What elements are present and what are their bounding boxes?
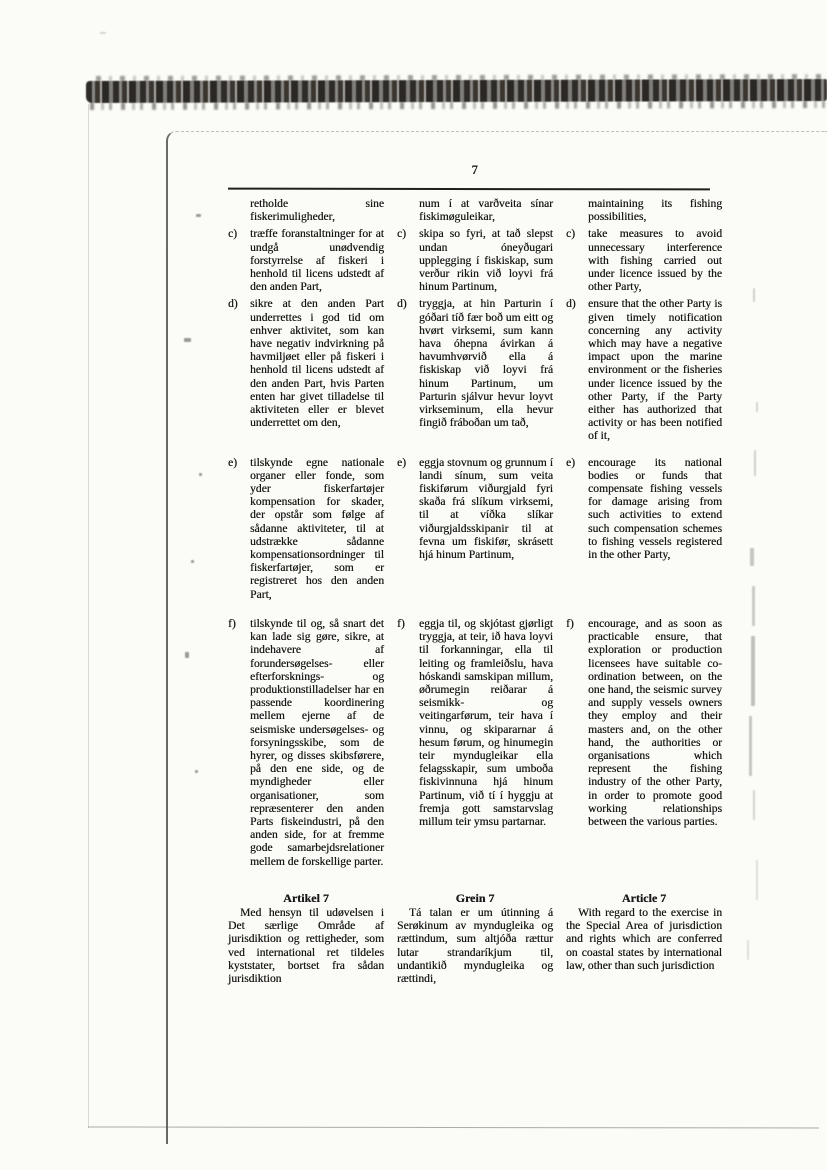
scan-streak — [756, 860, 758, 900]
scan-streak — [749, 716, 752, 776]
treaty-item-english: c)take measures to avoid unnecessary int… — [566, 227, 722, 293]
table-row: e)tilskynde egne nationale organer eller… — [228, 456, 722, 601]
item-text: maintaining its fishing possibilities, — [588, 197, 722, 223]
scan-streak — [753, 288, 755, 302]
article-faroese: Grein 7 Tá talan er um útinning á Serøki… — [397, 892, 553, 985]
scan-streak — [756, 402, 758, 412]
noise-speck — [184, 338, 191, 342]
item-label: d) — [397, 297, 419, 310]
item-text: tilskynde egne nationale organer eller f… — [250, 456, 384, 601]
item-text: tilskynde til og, så snart det kan lade … — [250, 617, 384, 868]
item-label: f) — [228, 617, 250, 630]
scan-streak — [751, 636, 755, 706]
treaty-item-danish: f)tilskynde til og, så snart det kan lad… — [228, 617, 384, 868]
treaty-item-faroese: d)tryggja, at hin Parturin í góðari tíð … — [397, 297, 553, 442]
treaty-item-english: e)encourage its national bodies or funds… — [566, 456, 722, 601]
noise-speck — [185, 652, 189, 658]
scan-streak — [753, 790, 755, 820]
item-label: c) — [397, 227, 419, 240]
item-label: c) — [566, 227, 588, 240]
treaty-item-english: f)encourage, and as soon as practicable … — [566, 617, 722, 868]
treaty-item-danish: d)sikre at den anden Part underrettes i … — [228, 297, 384, 442]
item-text: encourage, and as soon as practicable en… — [588, 617, 722, 828]
item-text: eggja til, og skjótast gjørligt tryggja,… — [419, 617, 553, 828]
treaty-item-faroese: num í at varðveita sínar fiskimøguleikar… — [397, 197, 553, 223]
item-text: sikre at den anden Part underrettes i go… — [250, 297, 384, 429]
scan-left-edge — [88, 104, 89, 1128]
table-row: d)sikre at den anden Part underrettes i … — [228, 297, 722, 442]
item-text: eggja stovnum og grunnum í landi sínum, … — [419, 456, 553, 561]
treaty-item-english: maintaining its fishing possibilities, — [566, 197, 722, 223]
article-heading: Article 7 — [566, 892, 722, 905]
item-label: d) — [228, 297, 250, 310]
noise-speck — [196, 214, 201, 217]
treaty-item-danish: e)tilskynde egne nationale organer eller… — [228, 456, 384, 601]
item-text: skipa so fyri, at tað slepst undan óneyð… — [419, 227, 553, 293]
article-heading: Grein 7 — [397, 892, 553, 905]
item-label: e) — [228, 456, 250, 469]
scan-streak — [752, 586, 755, 626]
item-text: take measures to avoid unnecessary inter… — [588, 227, 722, 293]
item-text: træffe foranstaltninger for at undgå unø… — [250, 227, 384, 293]
treaty-item-danish: c)træffe foranstaltninger for at undgå u… — [228, 227, 384, 293]
article-heading: Artikel 7 — [228, 892, 384, 905]
treaty-item-danish: retholde sine fiskerimuligheder, — [228, 197, 384, 223]
treaty-table: retholde sine fiskerimuligheder, num í a… — [228, 197, 722, 985]
scan-bottom-line — [88, 1126, 819, 1128]
item-label: c) — [228, 227, 250, 240]
treaty-item-faroese: c)skipa so fyri, at tað slepst undan óne… — [397, 227, 553, 293]
scan-streak — [750, 548, 754, 566]
noise-speck — [199, 473, 202, 476]
scan-streak — [747, 940, 749, 960]
noise-speck — [195, 770, 198, 773]
noise-speck — [100, 32, 106, 34]
header-rule — [228, 188, 710, 191]
item-label: e) — [397, 456, 419, 469]
table-row: c)træffe foranstaltninger for at undgå u… — [228, 227, 722, 293]
article-paragraph: With regard to the exercise in the Speci… — [566, 906, 722, 972]
page-number: 7 — [228, 162, 722, 178]
item-text: tryggja, at hin Parturin í góðari tíð fæ… — [419, 297, 553, 429]
article-paragraph: Tá talan er um útinning á Serøkinum av m… — [397, 906, 553, 985]
scan-streak — [754, 450, 756, 476]
scan-grunge-band — [86, 79, 827, 103]
item-label: d) — [566, 297, 588, 310]
article-english: Article 7 With regard to the exercise in… — [566, 892, 722, 985]
table-row: f)tilskynde til og, så snart det kan lad… — [228, 617, 722, 868]
item-text: retholde sine fiskerimuligheder, — [250, 197, 384, 223]
item-label: f) — [566, 617, 588, 630]
treaty-item-faroese: e)eggja stovnum og grunnum í landi sínum… — [397, 456, 553, 601]
scanned-treaty-page: 7 retholde sine fiskerimuligheder, num í… — [0, 0, 827, 1170]
table-row: retholde sine fiskerimuligheder, num í a… — [228, 197, 722, 223]
item-label: f) — [397, 617, 419, 630]
article-paragraph: Med hensyn til udøvelsen i Det særlige O… — [228, 906, 384, 985]
item-text: ensure that the other Party is given tim… — [588, 297, 722, 442]
item-text: num í at varðveita sínar fiskimøguleikar… — [419, 197, 553, 223]
treaty-item-faroese: f)eggja til, og skjótast gjørligt tryggj… — [397, 617, 553, 868]
article-7-section: Artikel 7 Med hensyn til udøvelsen i Det… — [228, 892, 722, 985]
noise-speck — [191, 560, 194, 563]
item-text: encourage its national bodies or funds t… — [588, 456, 722, 561]
treaty-item-english: d)ensure that the other Party is given t… — [566, 297, 722, 442]
article-danish: Artikel 7 Med hensyn til udøvelsen i Det… — [228, 892, 384, 985]
item-label: e) — [566, 456, 588, 469]
